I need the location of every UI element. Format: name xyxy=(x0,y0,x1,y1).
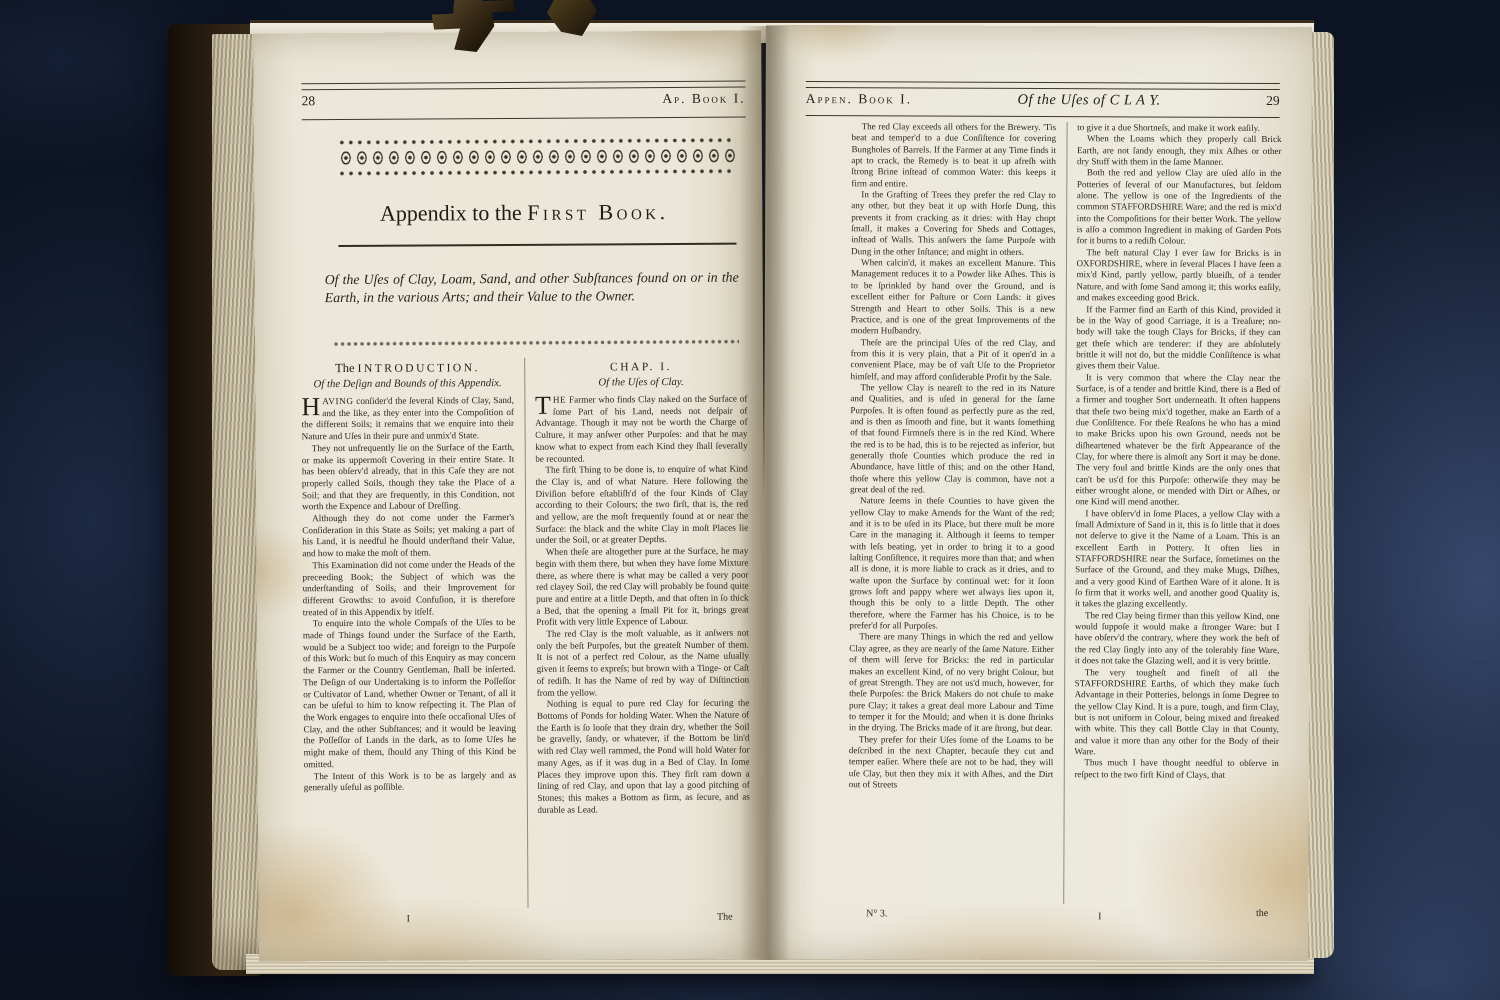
paragraph: The red Clay is the moſt valuable, as it… xyxy=(536,628,749,700)
rule xyxy=(806,115,1280,118)
rule xyxy=(302,117,746,121)
left-page: 28 Ap. Book I. Appendix to the First Boo… xyxy=(253,30,767,961)
introduction-column: The INTRODUCTION. Of the Deſign and Boun… xyxy=(301,358,517,909)
column-divider xyxy=(1063,122,1067,904)
appendix-subtitle: Of the Uſes of Clay, Loam, Sand, and oth… xyxy=(325,269,739,308)
paragraph: They prefer for their Uſes ſome of the L… xyxy=(849,734,1054,792)
title-caps: First Book. xyxy=(527,199,669,225)
paragraph: The red Clay exceeds all others for the … xyxy=(851,121,1056,190)
running-head: Ap. Book I. xyxy=(662,91,745,108)
running-head: Appen. Book I. xyxy=(806,91,912,107)
photo-backdrop: 28 Ap. Book I. Appendix to the First Boo… xyxy=(0,0,1500,1000)
column-divider xyxy=(524,358,528,908)
text-column-right: to give it a due Shortneſs, and make it … xyxy=(1074,122,1282,905)
heading-caps: INTRODUCTION. xyxy=(358,362,480,375)
text-column-left: The red Clay exceeds all others for the … xyxy=(848,121,1056,904)
left-page-header: 28 Ap. Book I. xyxy=(302,91,746,110)
paragraph: The beſt natural Clay I ever ſaw for Bri… xyxy=(1076,247,1281,305)
paragraph: I have obſerv'd in ſome Places, a yellow… xyxy=(1075,508,1280,611)
running-head-title: Of the Uſes of C L A Y. xyxy=(1017,92,1160,110)
paragraph: Thus much I have thought needful to obſe… xyxy=(1074,757,1279,781)
paragraph: HAVING conſider'd the ſeveral Kinds of C… xyxy=(301,395,514,443)
paragraph: The firſt Thing to be done is, to enquir… xyxy=(535,464,748,547)
paragraph: To enquire into the whole Compaſs of the… xyxy=(303,617,516,770)
lead-caps: AVING xyxy=(322,396,353,406)
signature-mark: N° 3. xyxy=(866,908,887,919)
clasp-part xyxy=(420,0,538,52)
paragraph: There are many Things in which the red a… xyxy=(849,632,1054,735)
paragraph: In the Grafting of Trees they prefer the… xyxy=(851,189,1056,258)
column-subheading: Of the Deſign and Bounds of this Appendi… xyxy=(301,377,514,390)
paragraph: They not unfrequently lie on the Surface… xyxy=(302,442,515,514)
paragraph: If the Farmer find an Earth of this Kind… xyxy=(1076,304,1281,373)
rule xyxy=(806,87,1280,90)
paragraph: to give it a due Shortneſs, and make it … xyxy=(1077,122,1282,134)
paragraph: The very tougheſt and fineſt of all the … xyxy=(1074,667,1279,759)
right-page: Appen. Book I. Of the Uſes of C L A Y. 2… xyxy=(762,25,1312,961)
ornament-row xyxy=(338,146,736,168)
heading-caps: CHAP. I. xyxy=(610,361,672,373)
title-lead: Appendix to the xyxy=(380,200,522,226)
rule xyxy=(301,81,745,85)
rule xyxy=(806,81,1280,84)
drop-cap: T xyxy=(535,395,553,416)
headpiece-ornament xyxy=(338,135,736,179)
paragraph: Theſe are the principal Uſes of the red … xyxy=(850,337,1055,383)
paragraph: THE Farmer who finds Clay naked on the S… xyxy=(535,394,748,466)
heading-lead: The xyxy=(335,361,355,375)
lead-caps: HE xyxy=(553,395,567,405)
drop-cap: H xyxy=(301,396,322,417)
page-number: 29 xyxy=(1266,93,1280,109)
signature-mark: I xyxy=(407,914,410,925)
right-page-columns: The red Clay exceeds all others for the … xyxy=(848,121,1281,905)
appendix-title: Appendix to the First Book. xyxy=(302,199,746,228)
paragraph: Although they do not come under the Farm… xyxy=(302,512,515,560)
column-subheading: Of the Uſes of Clay. xyxy=(535,376,748,389)
paragraph: When theſe are altogether pure at the Su… xyxy=(536,546,749,629)
left-page-columns: The INTRODUCTION. Of the Deſign and Boun… xyxy=(301,357,750,910)
paragraph: When calcin'd, it makes an excellent Man… xyxy=(851,257,1056,337)
rule xyxy=(302,87,746,91)
column-heading: The INTRODUCTION. xyxy=(301,360,514,376)
clasp-part xyxy=(547,0,597,36)
gutter-shadow xyxy=(740,26,790,960)
paragraph: The yellow Clay is neareſt to the red in… xyxy=(850,382,1055,496)
rule xyxy=(338,243,736,247)
paragraph: It is very common that where the Clay ne… xyxy=(1075,372,1280,509)
right-page-header: Appen. Book I. Of the Uſes of C L A Y. 2… xyxy=(806,91,1280,110)
ornament-row xyxy=(338,167,736,178)
paragraph-text: Farmer who finds Clay naked on the Surfa… xyxy=(535,394,748,464)
ornament-divider xyxy=(333,339,739,347)
paragraph: The Intent of this Work is to be as larg… xyxy=(304,769,517,794)
metal-clasp xyxy=(415,0,605,60)
paragraph: Nature ſeems in theſe Counties to have g… xyxy=(849,496,1054,633)
paragraph: Both the red and yellow Clay are uſed al… xyxy=(1077,168,1282,248)
signature-mark: I xyxy=(1098,911,1101,922)
paragraph: When the Loams which they properly call … xyxy=(1077,134,1282,169)
catchword: the xyxy=(1256,908,1268,919)
column-heading: CHAP. I. xyxy=(535,359,748,375)
paragraph: Nothing is equal to pure red Clay for ſe… xyxy=(537,698,750,816)
paragraph: The red Clay being firmer than this yell… xyxy=(1075,610,1280,668)
chapter-1-column: CHAP. I. Of the Uſes of Clay. THE Farmer… xyxy=(535,357,751,908)
page-number: 28 xyxy=(302,93,316,109)
paragraph: This Examination did not come under the … xyxy=(302,559,515,619)
catchword: The xyxy=(717,912,733,923)
